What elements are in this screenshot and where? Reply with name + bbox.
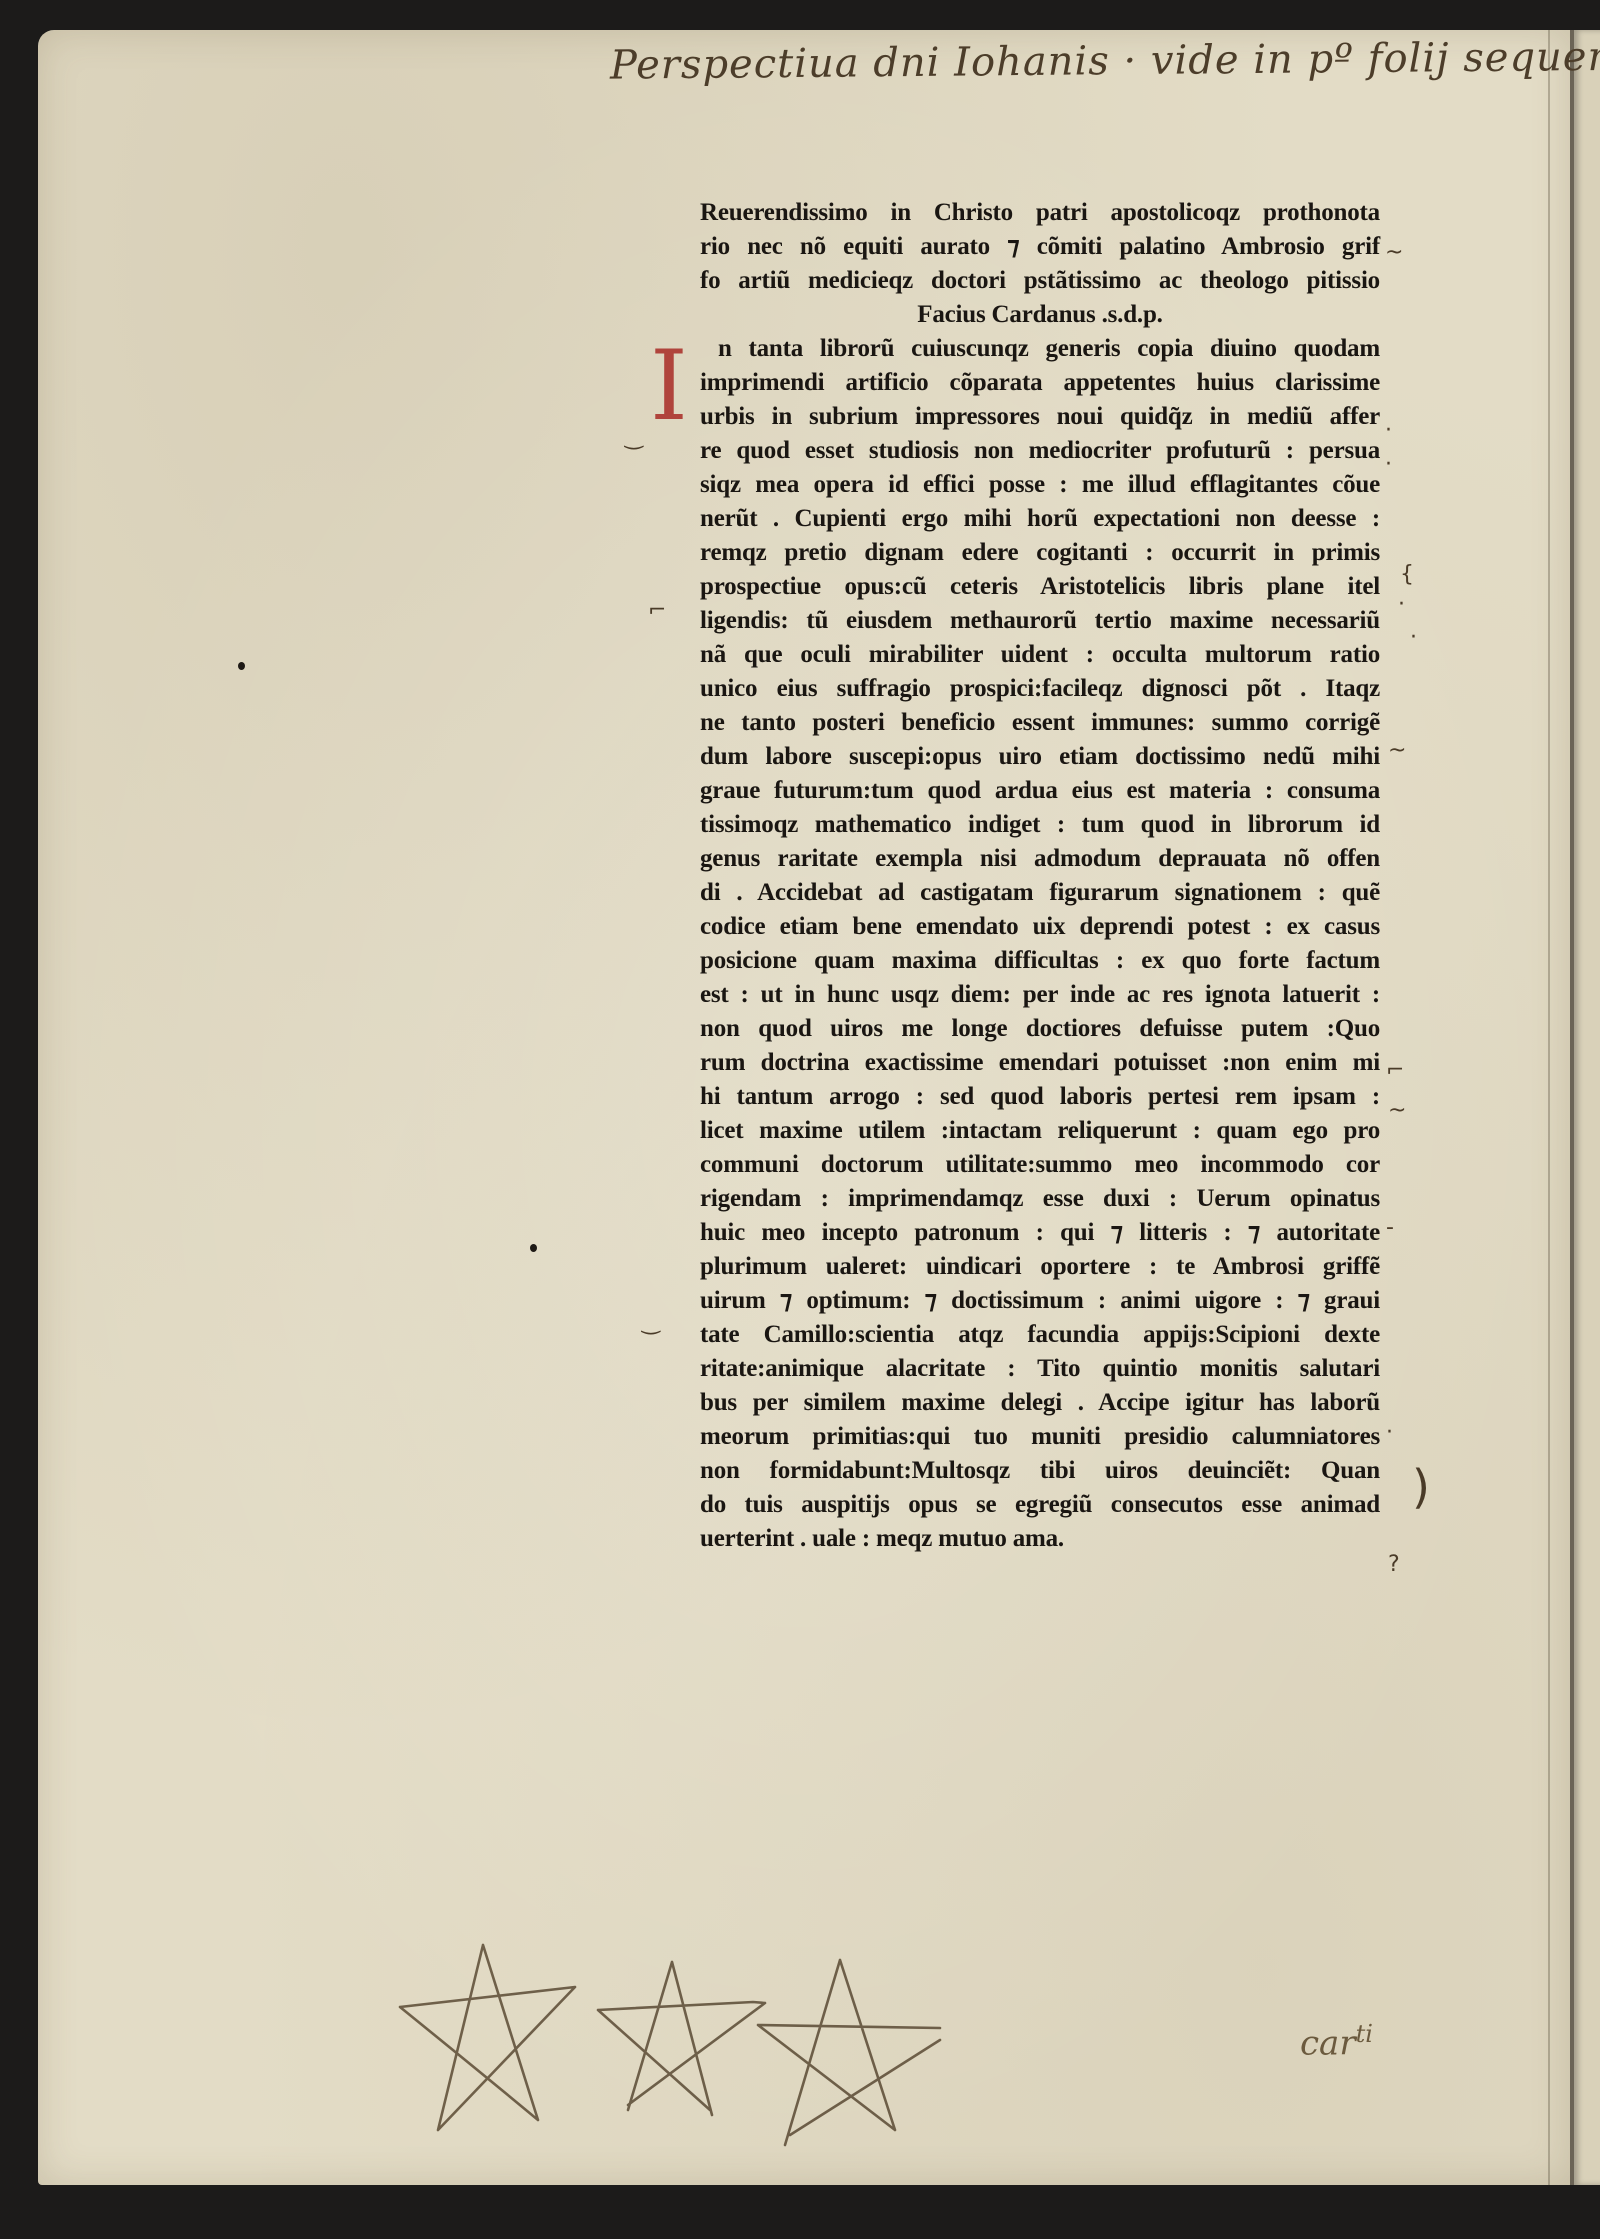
letter-body: n tanta librorũ cuiuscunqz generis copia…	[700, 332, 1380, 1556]
body-line: imprimendi artificio cõparata appetentes…	[700, 366, 1380, 400]
body-line: ligendis: tũ eiusdem methaurorũ tertio m…	[700, 604, 1380, 638]
margin-mark-right: ·	[1410, 625, 1417, 650]
margin-mark-left: ⌐	[648, 598, 666, 623]
dedication-line: fo artiũ medicieqz doctori pstãtissimo a…	[700, 264, 1380, 298]
body-line: genus raritate exempla nisi admodum depr…	[700, 842, 1380, 876]
pentagram-icon	[758, 1960, 940, 2145]
wormhole-spot	[530, 1244, 537, 1252]
body-line: graue futurum:tum quod ardua eius est ma…	[700, 774, 1380, 808]
printed-text-column: Reuerendissimo in Christo patri apostoli…	[700, 196, 1380, 1556]
rubricated-initial: I	[650, 338, 688, 434]
catchword-text: car	[1300, 2023, 1356, 2063]
dedication-heading: Reuerendissimo in Christo patri apostoli…	[700, 196, 1380, 332]
body-line: huic meo incepto patronum : qui ⁊ litter…	[700, 1216, 1380, 1250]
catchword-annotation: carti	[1300, 2020, 1373, 2063]
body-line: posicione quam maxima difficultas : ex q…	[700, 944, 1380, 978]
body-line: bus per similem maxime delegi . Accipe i…	[700, 1386, 1380, 1420]
wormhole-spot	[238, 662, 245, 670]
pentagram-drawings	[380, 1930, 1080, 2150]
body-line: ritate:animique alacritate : Tito quinti…	[700, 1352, 1380, 1386]
margin-mark-right: ~	[1388, 1098, 1406, 1123]
margin-mark-right: ⌐	[1386, 1058, 1404, 1083]
margin-mark-right: ·	[1386, 1420, 1393, 1445]
body-line: unico eius suffragio prospici:facileqz d…	[700, 672, 1380, 706]
dedication-line: Reuerendissimo in Christo patri apostoli…	[700, 196, 1380, 230]
pentagram-icon	[400, 1945, 575, 2130]
body-line: do tuis auspitijs opus se egregiũ consec…	[700, 1488, 1380, 1522]
body-line: nã que oculi mirabiliter uident : occult…	[700, 638, 1380, 672]
body-line: est : ut in hunc usqz diem: per inde ac …	[700, 978, 1380, 1012]
body-line: nerũt . Cupienti ergo mihi horũ expectat…	[700, 502, 1380, 536]
margin-mark-right: -	[1386, 1215, 1394, 1240]
body-line: re quod esset studiosis non mediocriter …	[700, 434, 1380, 468]
catchword-superscript: ti	[1356, 2020, 1373, 2048]
body-line: siqz mea opera id effici posse : me illu…	[700, 468, 1380, 502]
body-line: meorum primitias:qui tuo muniti presidio…	[700, 1420, 1380, 1454]
body-line: plurimum ualeret: uindicari oportere : t…	[700, 1250, 1380, 1284]
body-line: non formidabunt:Multosqz tibi uiros deui…	[700, 1454, 1380, 1488]
dedication-signature: Facius Cardanus .s.d.p.	[700, 298, 1380, 332]
pentagram-icon	[598, 1962, 765, 2115]
margin-mark-right: ·	[1385, 418, 1392, 443]
body-line: n tanta librorũ cuiuscunqz generis copia…	[700, 332, 1380, 366]
body-line-final: uerterint . uale : meqz mutuo ama.	[700, 1522, 1380, 1556]
margin-mark-right: ·	[1398, 592, 1405, 617]
body-line: ne tanto posteri beneficio essent immune…	[700, 706, 1380, 740]
body-line: codice etiam bene emendato uix deprendi …	[700, 910, 1380, 944]
body-line: tate Camillo:scientia atqz facundia appi…	[700, 1318, 1380, 1352]
body-line: uirum ⁊ optimum: ⁊ doctissimum : animi u…	[700, 1284, 1380, 1318]
margin-mark-right: )	[1412, 1460, 1430, 1514]
margin-mark-right: ·	[1385, 452, 1392, 477]
body-line: rigendam : imprimendamqz esse duxi : Uer…	[700, 1182, 1380, 1216]
dedication-line: rio nec nõ equiti aurato ⁊ cõmiti palati…	[700, 230, 1380, 264]
adjacent-leaf-edge	[1570, 30, 1600, 2185]
margin-mark-right: {	[1400, 562, 1414, 587]
body-line: tissimoqz mathematico indiget : tum quod…	[700, 808, 1380, 842]
gutter-shadow	[1548, 30, 1550, 2185]
body-line: prospectiue opus:cũ ceteris Aristotelici…	[700, 570, 1380, 604]
body-line: di . Accidebat ad castigatam figurarum s…	[700, 876, 1380, 910]
margin-mark-right: ~	[1388, 738, 1406, 763]
body-line: hi tantum arrogo : sed quod laboris pert…	[700, 1080, 1380, 1114]
manuscript-header-annotation: Perspectiua dni Iohanis · vide in pº fol…	[610, 33, 1600, 88]
margin-mark-right: ?	[1388, 1552, 1400, 1577]
body-line: urbis in subrium impressores noui quidq̃…	[700, 400, 1380, 434]
body-line: rum doctrina exactissime emendari potuis…	[700, 1046, 1380, 1080]
margin-mark-right: ~	[1385, 240, 1403, 265]
margin-mark-left: ‿	[642, 1310, 660, 1335]
body-line: non quod uiros me longe doctiores defuis…	[700, 1012, 1380, 1046]
body-line: communi doctorum utilitate:summo meo inc…	[700, 1148, 1380, 1182]
body-line: remqz pretio dignam edere cogitanti : oc…	[700, 536, 1380, 570]
body-line: dum labore suscepi:opus uiro etiam docti…	[700, 740, 1380, 774]
margin-mark-left: ‿	[625, 425, 643, 450]
body-line: licet maxime utilem :intactam reliquerun…	[700, 1114, 1380, 1148]
